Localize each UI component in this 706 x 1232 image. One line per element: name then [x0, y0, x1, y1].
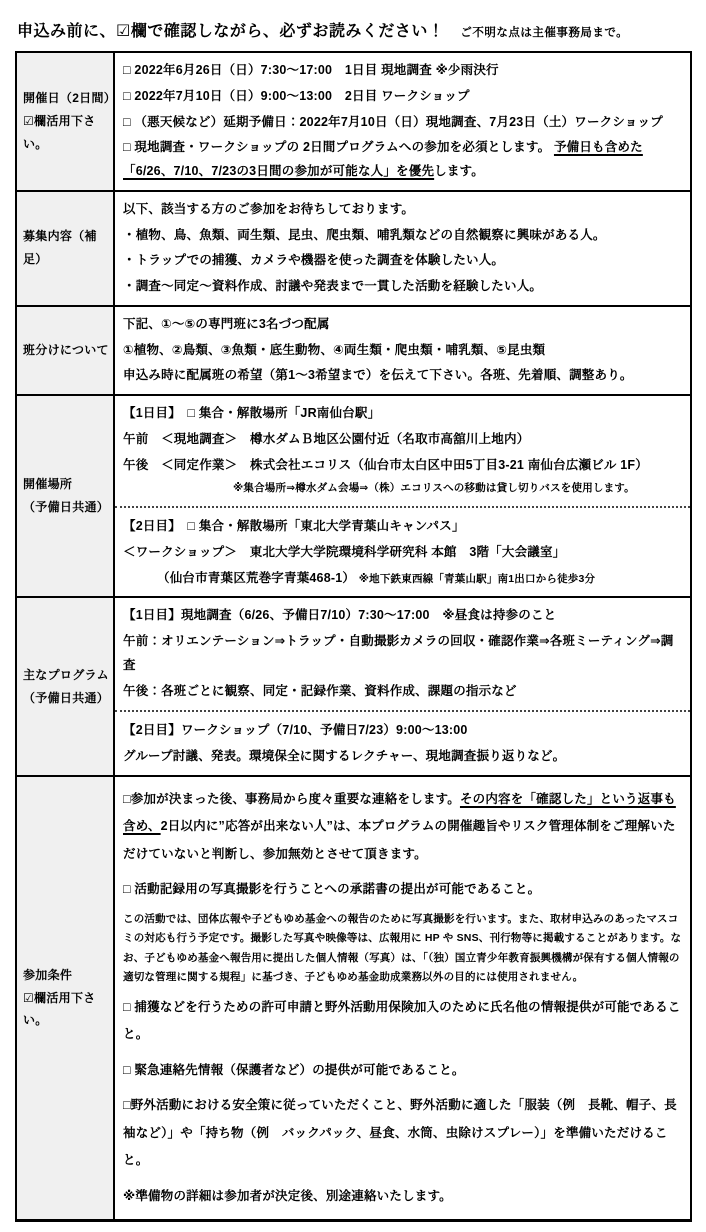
- paragraph: □ 2022年7月10日（日）9:00～13:00 2日目 ワークショップ: [123, 85, 684, 109]
- text-segment: ①植物、②鳥類、③魚類・底生動物、④両生類・爬虫類・哺乳類、⑤昆虫類: [123, 343, 545, 357]
- row-label: 主なプログラム（予備日共通）: [17, 598, 115, 775]
- row-content: 下記、①～⑤の専門班に3名づつ配属①植物、②鳥類、③魚類・底生動物、④両生類・爬…: [115, 307, 690, 394]
- page-title: 申込み前に、☑欄で確認しながら、必ずお読みください！: [17, 18, 444, 41]
- table-row: 開催日（2日間）☑欄活用下さい。□ 2022年6月26日（日）7:30～17:0…: [17, 53, 690, 190]
- text-segment: （仙台市青葉区荒巻字青葉468-1）: [157, 571, 359, 585]
- row-label-line: （予備日共通）: [23, 687, 111, 710]
- text-segment: ・調査～同定～資料作成、討議や発表まで一貫した活動を経験したい人。: [123, 279, 542, 293]
- paragraph: 申込み時に配属班の希望（第1～3希望まで）を伝えて下さい。各班、先着順、調整あり…: [123, 364, 684, 388]
- checkbox-text: □ 活動記録用の写真撮影を行うことへの承諾書の提出が可能であること。: [123, 882, 540, 896]
- text-segment: ・植物、鳥、魚類、両生類、昆虫、爬虫類、哺乳類などの自然観察に興味がある人。: [123, 228, 606, 242]
- checkbox-text: □参加が決まった後、事務局から度々重要な連絡をします。: [123, 792, 460, 806]
- table-row: 開催場所（予備日共通）【1日目】 □ 集合・解散場所「JR南仙台駅」午前 ＜現地…: [17, 394, 690, 596]
- checkbox-text: □ 現地調査・ワークショップの 2日間プログラムへの参加を必須とします。: [123, 140, 554, 154]
- row-label: 班分けについて: [17, 307, 115, 394]
- paragraph: 【2日目】 □ 集合・解散場所「東北大学青葉山キャンパス」: [123, 515, 684, 539]
- checkbox-text: □ （悪天候など）延期予備日：2022年7月10日（日）現地調査、7月23日（土…: [123, 115, 663, 129]
- text-segment: 【1日目】現地調査（6/26、予備日7/10）7:30～17:00 ※昼食は持参…: [123, 608, 556, 622]
- row-content: □ 2022年6月26日（日）7:30～17:00 1日目 現地調査 ※少雨決行…: [115, 53, 690, 190]
- paragraph: □ 2022年6月26日（日）7:30～17:00 1日目 現地調査 ※少雨決行: [123, 59, 684, 83]
- paragraph: 午前：オリエンテーション⇒トラップ・自動撮影カメラの回収・確認作業⇒各班ミーティ…: [123, 630, 684, 678]
- row-label-line: ☑欄活用下さい。: [23, 110, 111, 156]
- row-label-line: 募集内容（補足）: [23, 225, 111, 271]
- row-label-line: 開催日（2日間）: [23, 87, 111, 110]
- row-content: 【1日目】現地調査（6/26、予備日7/10）7:30～17:00 ※昼食は持参…: [115, 598, 690, 775]
- paragraph: ＜ワークショップ＞ 東北大学大学院環境科学研究科 本館 3階「大会議室」: [123, 541, 684, 565]
- row-label-line: 参加条件: [23, 964, 111, 987]
- row-label-line: 開催場所: [23, 473, 111, 496]
- text-segment: ＜ワークショップ＞ 東北大学大学院環境科学研究科 本館 3階「大会議室」: [123, 545, 565, 559]
- paragraph: 【2日目】ワークショップ（7/10、予備日7/23）9:00～13:00: [123, 719, 684, 743]
- document-page: 申込み前に、☑欄で確認しながら、必ずお読みください！ ご不明な点は主催事務局まで…: [0, 0, 706, 1232]
- paragraph: この活動では、団体広報や子どもゆめ基金への報告のために写真撮影を行います。また、…: [123, 910, 684, 988]
- row-content: 以下、該当する方のご参加をお待ちしております。・植物、鳥、魚類、両生類、昆虫、爬…: [115, 192, 690, 305]
- paragraph: □ 現地調査・ワークショップの 2日間プログラムへの参加を必須とします。 予備日…: [123, 136, 684, 184]
- text-segment: グループ討議、発表。環境保全に関するレクチャー、現地調査振り返りなど。: [123, 749, 565, 763]
- paragraph: 【1日目】現地調査（6/26、予備日7/10）7:30～17:00 ※昼食は持参…: [123, 604, 684, 628]
- text-segment: 申込み時に配属班の希望（第1～3希望まで）を伝えて下さい。各班、先着順、調整あり…: [123, 368, 633, 382]
- paragraph: □野外活動における安全策に従っていただくこと、野外活動に適した「服装（例 長靴、…: [123, 1092, 684, 1175]
- checkbox-text: □ 2022年6月26日（日）7:30～17:00 1日目 現地調査 ※少雨決行: [123, 63, 499, 77]
- checkbox-text: □ 2022年7月10日（日）9:00～13:00 2日目 ワークショップ: [123, 89, 470, 103]
- paragraph: 以下、該当する方のご参加をお待ちしております。: [123, 198, 684, 222]
- info-table: 開催日（2日間）☑欄活用下さい。□ 2022年6月26日（日）7:30～17:0…: [15, 51, 692, 1222]
- text-segment: 【2日目】ワークショップ（7/10、予備日7/23）9:00～13:00: [123, 723, 468, 737]
- text-segment: します。: [434, 164, 484, 178]
- text-segment: ※準備物の詳細は参加者が決定後、別途連絡いたします。: [123, 1189, 452, 1203]
- dotted-divider: [115, 506, 690, 508]
- table-row: 参加条件☑欄活用下さい。□参加が決まった後、事務局から度々重要な連絡をします。そ…: [17, 775, 690, 1219]
- paragraph: ・トラップでの捕獲、カメラや機器を使った調査を体験したい人。: [123, 249, 684, 273]
- text-segment: この活動では、団体広報や子どもゆめ基金への報告のために写真撮影を行います。また、…: [123, 913, 681, 983]
- paragraph: □ 緊急連絡先情報（保護者など）の提供が可能であること。: [123, 1057, 684, 1085]
- text-segment: 午後 ＜同定作業＞ 株式会社エコリス（仙台市太白区中田5丁目3-21 南仙台広瀬…: [123, 458, 648, 472]
- row-label: 開催場所（予備日共通）: [17, 396, 115, 596]
- paragraph: ・調査～同定～資料作成、討議や発表まで一貫した活動を経験したい人。: [123, 275, 684, 299]
- text-segment: 午後：各班ごとに観察、同定・記録作業、資料作成、課題の指示など: [123, 684, 517, 698]
- text-segment: 2日以内に”応答が出来ない人”は、本プログラムの開催趣旨やリスク管理体制をご理解…: [123, 819, 676, 861]
- text-segment: ※集合場所⇒樽水ダム会場⇒（株）エコリスへの移動は貸し切りバスを使用します。: [233, 482, 635, 494]
- page-header: 申込み前に、☑欄で確認しながら、必ずお読みください！ ご不明な点は主催事務局まで…: [17, 18, 692, 41]
- text-segment: ※地下鉄東西線「青葉山駅」南1出口から徒歩3分: [359, 573, 596, 585]
- paragraph: □参加が決まった後、事務局から度々重要な連絡をします。その内容を「確認した」とい…: [123, 786, 684, 869]
- text-segment: 【1日目】 □ 集合・解散場所「JR南仙台駅」: [123, 406, 380, 420]
- table-row: 班分けについて下記、①～⑤の専門班に3名づつ配属①植物、②鳥類、③魚類・底生動物…: [17, 305, 690, 394]
- paragraph: □ 活動記録用の写真撮影を行うことへの承諾書の提出が可能であること。: [123, 876, 684, 904]
- text-segment: 午前：オリエンテーション⇒トラップ・自動撮影カメラの回収・確認作業⇒各班ミーティ…: [123, 634, 673, 672]
- paragraph: ※準備物の詳細は参加者が決定後、別途連絡いたします。: [123, 1183, 684, 1211]
- paragraph: （仙台市青葉区荒巻字青葉468-1） ※地下鉄東西線「青葉山駅」南1出口から徒歩…: [123, 567, 684, 591]
- row-label-line: 班分けについて: [23, 339, 111, 362]
- text-segment: 以下、該当する方のご参加をお待ちしております。: [123, 202, 414, 216]
- row-label: 募集内容（補足）: [17, 192, 115, 305]
- paragraph: □ 捕獲などを行うための許可申請と野外活動用保険加入のために氏名他の情報提供が可…: [123, 994, 684, 1049]
- row-label-line: 主なプログラム: [23, 664, 111, 687]
- text-segment: 下記、①～⑤の専門班に3名づつ配属: [123, 317, 330, 331]
- paragraph: □ （悪天候など）延期予備日：2022年7月10日（日）現地調査、7月23日（土…: [123, 111, 684, 135]
- dotted-divider: [115, 710, 690, 712]
- text-segment: 【2日目】 □ 集合・解散場所「東北大学青葉山キャンパス」: [123, 519, 465, 533]
- checkbox-text: □野外活動における安全策に従っていただくこと、野外活動に適した「服装（例 長靴、…: [123, 1098, 677, 1167]
- paragraph: ①植物、②鳥類、③魚類・底生動物、④両生類・爬虫類・哺乳類、⑤昆虫類: [123, 339, 684, 363]
- text-segment: ・トラップでの捕獲、カメラや機器を使った調査を体験したい人。: [123, 253, 504, 267]
- header-note: ご不明な点は主催事務局まで。: [460, 24, 628, 40]
- checkbox-text: □ 緊急連絡先情報（保護者など）の提供が可能であること。: [123, 1063, 465, 1077]
- paragraph: ・植物、鳥、魚類、両生類、昆虫、爬虫類、哺乳類などの自然観察に興味がある人。: [123, 224, 684, 248]
- row-content: □参加が決まった後、事務局から度々重要な連絡をします。その内容を「確認した」とい…: [115, 777, 690, 1219]
- table-row: 主なプログラム（予備日共通）【1日目】現地調査（6/26、予備日7/10）7:3…: [17, 596, 690, 775]
- row-content: 【1日目】 □ 集合・解散場所「JR南仙台駅」午前 ＜現地調査＞ 樽水ダムＢ地区…: [115, 396, 690, 596]
- paragraph: 【1日目】 □ 集合・解散場所「JR南仙台駅」: [123, 402, 684, 426]
- paragraph: 午前 ＜現地調査＞ 樽水ダムＢ地区公園付近（名取市高舘川上地内）: [123, 428, 684, 452]
- paragraph: ※集合場所⇒樽水ダム会場⇒（株）エコリスへの移動は貸し切りバスを使用します。: [123, 479, 684, 499]
- table-row: 募集内容（補足）以下、該当する方のご参加をお待ちしております。・植物、鳥、魚類、…: [17, 190, 690, 305]
- paragraph: 午後 ＜同定作業＞ 株式会社エコリス（仙台市太白区中田5丁目3-21 南仙台広瀬…: [123, 454, 684, 478]
- row-label: 開催日（2日間）☑欄活用下さい。: [17, 53, 115, 190]
- paragraph: 下記、①～⑤の専門班に3名づつ配属: [123, 313, 684, 337]
- paragraph: グループ討議、発表。環境保全に関するレクチャー、現地調査振り返りなど。: [123, 745, 684, 769]
- row-label: 参加条件☑欄活用下さい。: [17, 777, 115, 1219]
- checkbox-text: □ 捕獲などを行うための許可申請と野外活動用保険加入のために氏名他の情報提供が可…: [123, 1000, 681, 1042]
- paragraph: 午後：各班ごとに観察、同定・記録作業、資料作成、課題の指示など: [123, 680, 684, 704]
- row-label-line: ☑欄活用下さい。: [23, 987, 111, 1033]
- row-label-line: （予備日共通）: [23, 496, 111, 519]
- text-segment: 午前 ＜現地調査＞ 樽水ダムＢ地区公園付近（名取市高舘川上地内）: [123, 432, 529, 446]
